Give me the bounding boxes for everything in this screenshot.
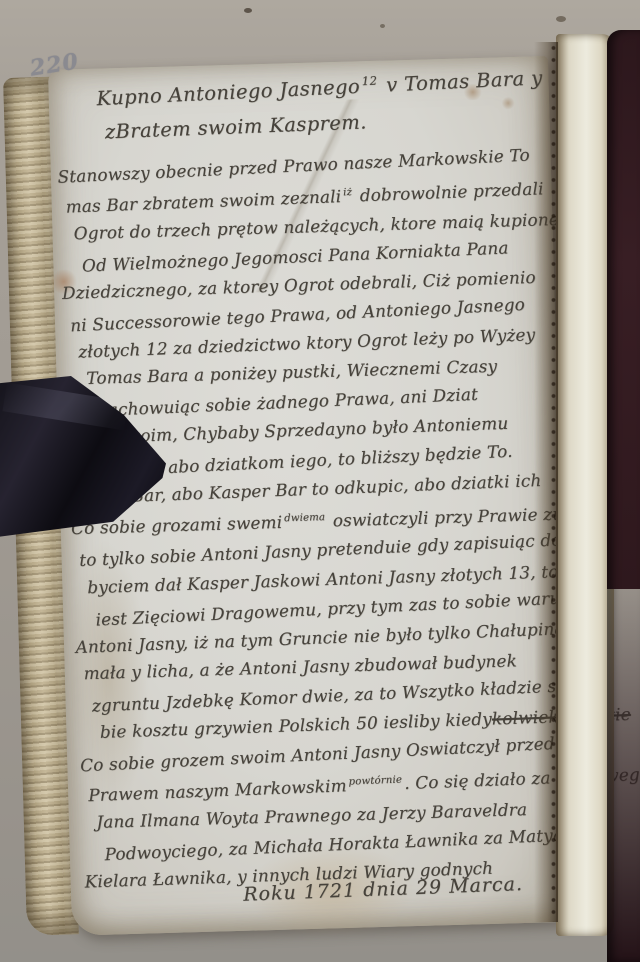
- backdrop-speck: [380, 24, 385, 28]
- superscript-text: dwiema: [284, 512, 325, 524]
- superscript-text: powtórnie: [348, 775, 402, 788]
- backdrop-speck: [244, 8, 252, 13]
- manuscript-text: v Tomas Bara y: [379, 66, 543, 97]
- facing-page-edge: [556, 34, 614, 936]
- manuscript-heading: Kupno Antoniego Jasnego12 v Tomas Bara y…: [96, 58, 545, 150]
- superscript-text: iż: [343, 187, 352, 198]
- backdrop-speck: [556, 16, 566, 22]
- manuscript-text: dobrowolnie przedali: [354, 178, 544, 205]
- superscript-text: 12: [361, 73, 377, 88]
- manuscript-text: zBratem swoim Kasprem.: [104, 110, 367, 143]
- manuscript-photo: Kupno Antoniego Jasnego12 v Tomas Bara y…: [0, 0, 640, 962]
- book-cover-edge: [607, 30, 640, 962]
- book-gutter-shadow: [534, 42, 558, 922]
